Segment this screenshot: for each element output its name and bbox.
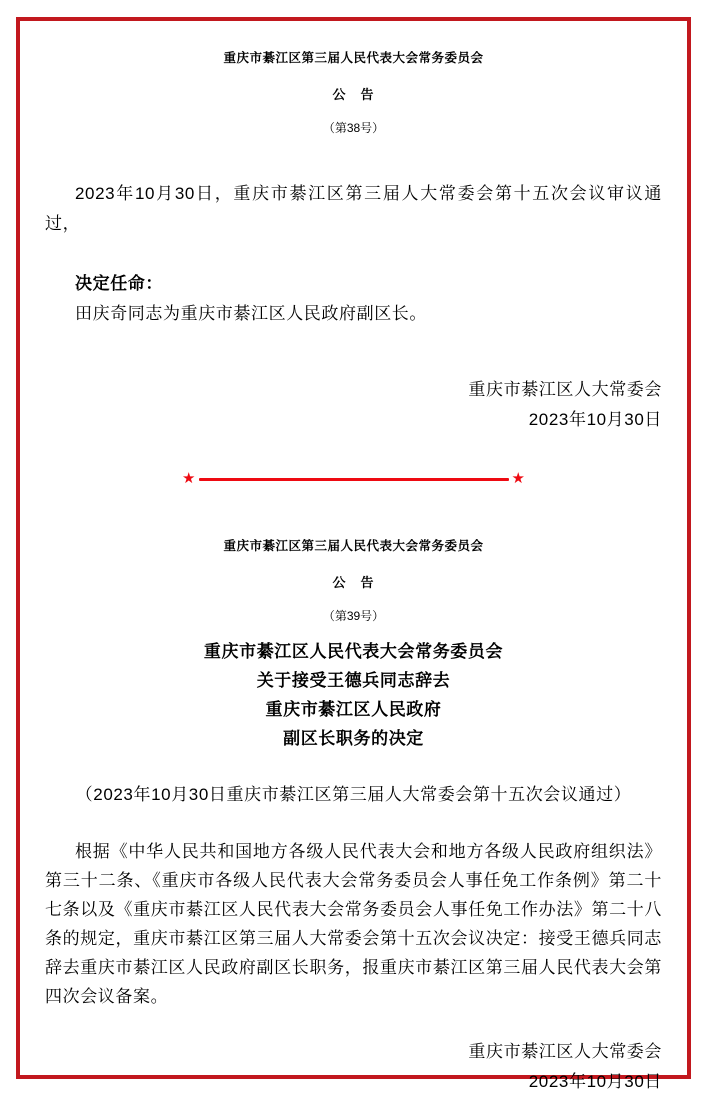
document-frame: 重庆市綦江区第三届人民代表大会常务委员会 公 告 （第38号） 2023年10月… — [16, 17, 691, 1079]
intro-paragraph: 2023年10月30日，重庆市綦江区第三届人大常委会第十五次会议审议通过， — [45, 179, 662, 239]
divider-line — [199, 478, 509, 481]
signature-block: 重庆市綦江区人大常委会 2023年10月30日 — [45, 1037, 662, 1097]
notice-number: （第38号） — [45, 120, 662, 137]
signature-org: 重庆市綦江区人大常委会 — [45, 375, 662, 405]
star-icon-left: ★ — [182, 471, 195, 487]
announcement-38: 重庆市綦江区第三届人民代表大会常务委员会 公 告 （第38号） 2023年10月… — [45, 49, 662, 435]
appointment-heading: 决定任命： — [45, 269, 662, 299]
signature-block: 重庆市綦江区人大常委会 2023年10月30日 — [45, 375, 662, 435]
appointment-item: 田庆奇同志为重庆市綦江区人民政府副区长。 — [45, 299, 662, 329]
signature-org: 重庆市綦江区人大常委会 — [45, 1037, 662, 1067]
decision-title-line: 重庆市綦江区人民代表大会常务委员会 — [45, 637, 662, 666]
adoption-note: （2023年10月30日重庆市綦江区第三届人大常委会第十五次会议通过） — [45, 780, 662, 809]
notice-number: （第39号） — [45, 608, 662, 625]
org-name: 重庆市綦江区第三届人民代表大会常务委员会 — [45, 537, 662, 555]
notice-type: 公 告 — [45, 86, 662, 104]
decision-title-line: 副区长职务的决定 — [45, 724, 662, 753]
star-divider: ★ ★ — [45, 471, 662, 487]
decision-title-line: 关于接受王德兵同志辞去 — [45, 666, 662, 695]
decision-title: 重庆市綦江区人民代表大会常务委员会 关于接受王德兵同志辞去 重庆市綦江区人民政府… — [45, 637, 662, 753]
page: { "page": { "border_color": "#c2181e", "… — [0, 0, 706, 1100]
signature-date: 2023年10月30日 — [45, 1067, 662, 1097]
notice-type: 公 告 — [45, 574, 662, 592]
org-name: 重庆市綦江区第三届人民代表大会常务委员会 — [45, 49, 662, 67]
decision-body: 根据《中华人民共和国地方各级人民代表大会和地方各级人民政府组织法》第三十二条、《… — [45, 837, 662, 1011]
signature-date: 2023年10月30日 — [45, 405, 662, 435]
document-content: 重庆市綦江区第三届人民代表大会常务委员会 公 告 （第38号） 2023年10月… — [20, 21, 687, 1075]
announcement-39: 重庆市綦江区第三届人民代表大会常务委员会 公 告 （第39号） 重庆市綦江区人民… — [45, 537, 662, 1097]
star-icon-right: ★ — [512, 471, 525, 487]
decision-title-line: 重庆市綦江区人民政府 — [45, 695, 662, 724]
